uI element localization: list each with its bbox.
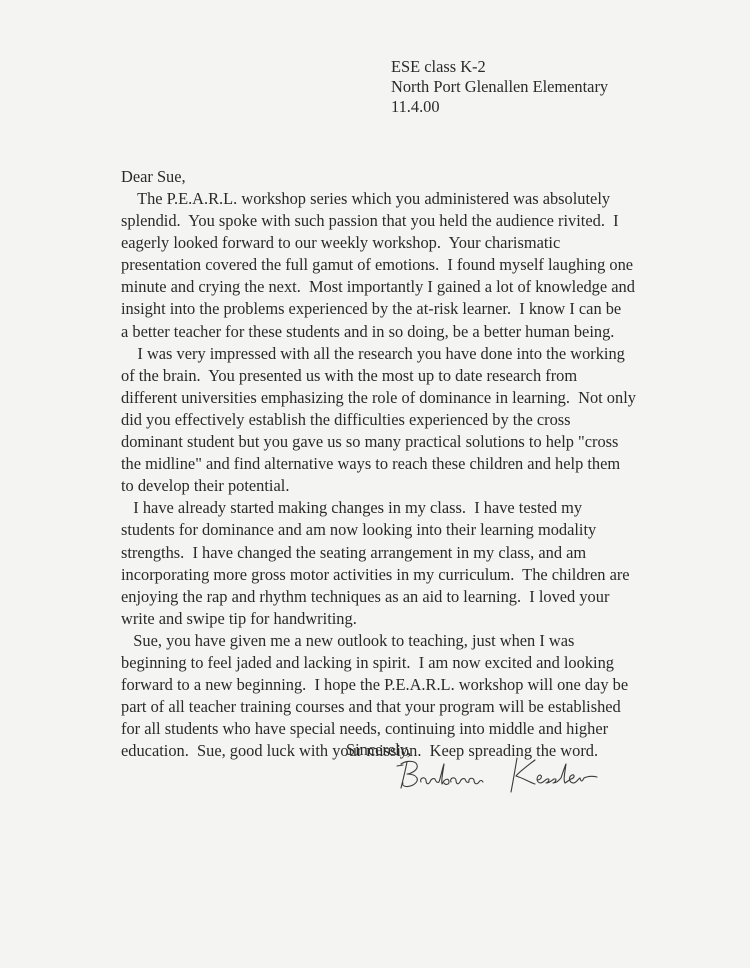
date-line: 11.4.00 [391, 97, 608, 117]
body-line: of the brain. You presented us with the … [121, 365, 661, 387]
body-line: dominant student but you gave us so many… [121, 431, 661, 453]
body-line: minute and crying the next. Most importa… [121, 276, 661, 298]
school-line: North Port Glenallen Elementary [391, 77, 608, 97]
body-line: to develop their potential. [121, 475, 661, 497]
body-line: enjoying the rap and rhythm techniques a… [121, 586, 661, 608]
body-line: beginning to feel jaded and lacking in s… [121, 652, 661, 674]
body-line: students for dominance and am now lookin… [121, 519, 661, 541]
letter-body: The P.E.A.R.L. workshop series which you… [121, 188, 661, 762]
body-line: part of all teacher training courses and… [121, 696, 661, 718]
body-line: The P.E.A.R.L. workshop series which you… [121, 188, 661, 210]
body-line: splendid. You spoke with such passion th… [121, 210, 661, 232]
body-line: eagerly looked forward to our weekly wor… [121, 232, 661, 254]
body-line: incorporating more gross motor activitie… [121, 564, 661, 586]
body-line: forward to a new beginning. I hope the P… [121, 674, 661, 696]
body-line: a better teacher for these students and … [121, 321, 661, 343]
class-line: ESE class K-2 [391, 57, 608, 77]
body-line: I was very impressed with all the resear… [121, 343, 661, 365]
sender-header: ESE class K-2 North Port Glenallen Eleme… [391, 57, 608, 117]
body-line: presentation covered the full gamut of e… [121, 254, 661, 276]
salutation: Dear Sue, [121, 167, 186, 187]
body-line: Sue, you have given me a new outlook to … [121, 630, 661, 652]
body-line: I have already started making changes in… [121, 497, 661, 519]
body-line: did you effectively establish the diffic… [121, 409, 661, 431]
body-line: the midline" and find alternative ways t… [121, 453, 661, 475]
letter-page: ESE class K-2 North Port Glenallen Eleme… [0, 0, 750, 968]
body-line: strengths. I have changed the seating ar… [121, 542, 661, 564]
body-line: insight into the problems experienced by… [121, 298, 661, 320]
handwritten-signature: Barbara Kessler [395, 752, 610, 802]
body-line: write and swipe tip for handwriting. [121, 608, 661, 630]
body-line: for all students who have special needs,… [121, 718, 661, 740]
body-line: different universities emphasizing the r… [121, 387, 661, 409]
